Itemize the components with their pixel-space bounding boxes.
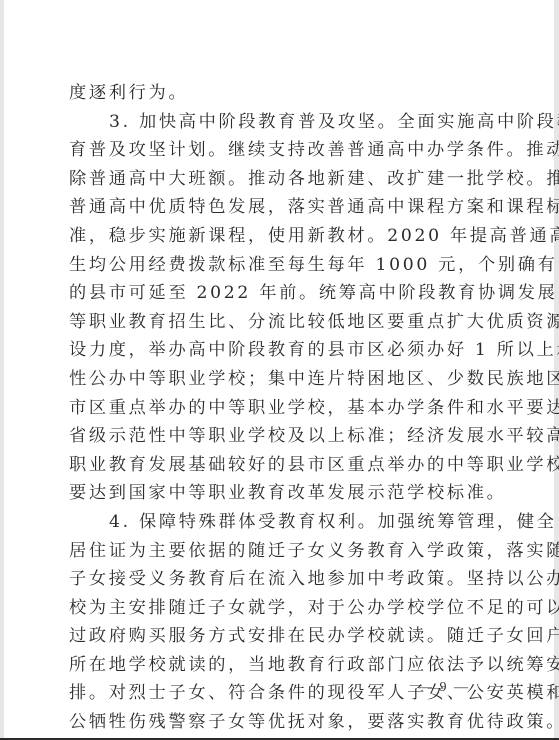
page-number: — 9 — [416, 680, 472, 696]
text-line: 市区重点举办的中等职业学校，基本办学条件和水平要达到 [69, 394, 475, 423]
text-line: 设力度，举办高中阶段教育的县市区必须办好 1 所以上示范 [69, 336, 475, 365]
text-line: 普通高中优质特色发展，落实普通高中课程方案和课程标 [69, 193, 475, 222]
text-line: 居住证为主要依据的随迁子女义务教育入学政策，落实随迁 [69, 537, 475, 566]
text-line: 校为主安排随迁子女就学，对于公办学校学位不足的可以通 [69, 594, 475, 623]
text-line: 性公办中等职业学校；集中连片特困地区、少数民族地区县 [69, 365, 475, 394]
document-body: 度逐利行为。 3. 加快高中阶段教育普及攻坚。全面实施高中阶段教 育普及攻坚计划… [69, 79, 475, 737]
text-line: 要达到国家中等职业教育改革发展示范学校标准。 [69, 479, 475, 508]
text-line: 过政府购买服务方式安排在民办学校就读。随迁子女回户籍 [69, 622, 475, 651]
text-line: 等职业教育招生比、分流比较低地区要重点扩大优质资源建 [69, 308, 475, 337]
text-line: 子女接受义务教育后在流入地参加中考政策。坚持以公办学 [69, 565, 475, 594]
text-line: 4. 保障特殊群体受教育权利。加强统筹管理，健全以 [69, 508, 475, 537]
text-line: 职业教育发展基础较好的县市区重点举办的中等职业学校， [69, 451, 475, 480]
text-line: 排。对烈士子女、符合条件的现役军人子女、公安英模和因 [69, 679, 475, 708]
text-line: 度逐利行为。 [69, 79, 475, 108]
text-line: 除普通高中大班额。推动各地新建、改扩建一批学校。推动 [69, 165, 475, 194]
document-viewer: 度逐利行为。 3. 加快高中阶段教育普及攻坚。全面实施高中阶段教 育普及攻坚计划… [0, 0, 559, 740]
text-line: 生均公用经费拨款标准至每生每年 1000 元，个别确有困难 [69, 251, 475, 280]
text-line: 3. 加快高中阶段教育普及攻坚。全面实施高中阶段教 [69, 108, 475, 137]
text-line: 育普及攻坚计划。继续支持改善普通高中办学条件。推动消 [69, 136, 475, 165]
text-line: 的县市可延至 2022 年前。统筹高中阶段教育协调发展，中 [69, 279, 475, 308]
text-line: 公牺牲伤残警察子女等优抚对象，要落实教育优待政策。 [69, 708, 475, 737]
text-line: 所在地学校就读的，当地教育行政部门应依法予以统筹安 [69, 651, 475, 680]
text-line: 省级示范性中等职业学校及以上标准；经济发展水平较高、 [69, 422, 475, 451]
text-line: 准，稳步实施新课程，使用新教材。2020 年提高普通高中 [69, 222, 475, 251]
